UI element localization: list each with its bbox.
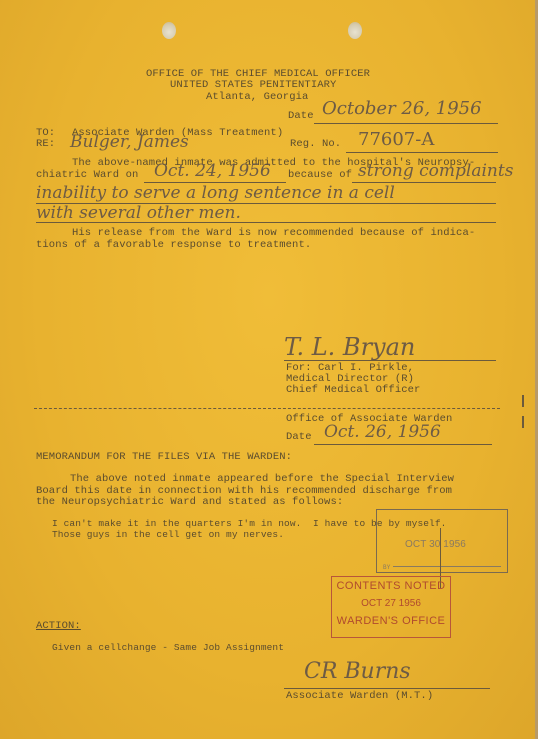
signature-bryan: T. L. Bryan: [284, 334, 415, 360]
received-stamp-by: BY: [383, 562, 390, 573]
date-value: October 26, 1956: [322, 100, 482, 118]
punch-hole-right: [348, 22, 362, 39]
action-value: Given a cellchange - Same Job Assignment: [52, 642, 284, 653]
signature2-title: Associate Warden (M.T.): [286, 691, 433, 702]
para2-line2: tions of a favorable response to treatme…: [36, 240, 311, 251]
action-label: ACTION:: [36, 621, 81, 632]
received-stamp: OCT 30 1956 BY: [376, 509, 508, 573]
edge-mark: [522, 416, 524, 428]
reg-underline: [346, 152, 498, 153]
warden-para-line1: The above noted inmate appeared before t…: [70, 474, 454, 485]
stamp-date: OCT 27 1956: [332, 598, 450, 609]
header-institution: UNITED STATES PENITENTIARY: [170, 80, 336, 91]
inmate-name: Bulger, James: [70, 133, 189, 151]
para1-line2b: because of: [288, 170, 352, 181]
section-divider: [34, 408, 500, 409]
signature-burns: CR Burns: [304, 660, 411, 684]
received-stamp-date: OCT 30 1956: [405, 539, 466, 550]
para1-line2a: chiatric Ward on: [36, 170, 138, 181]
warden-para-line3: the Neuropsychiatric Ward and stated as …: [36, 497, 343, 508]
para2-line1: His release from the Ward is now recomme…: [72, 228, 475, 239]
punch-hole-left: [162, 22, 176, 39]
stamp-wardens-office: WARDEN'S OFFICE: [332, 615, 450, 627]
reg-value: 77607-A: [358, 131, 434, 149]
memo-heading: MEMORANDUM FOR THE FILES VIA THE WARDEN:: [36, 452, 292, 463]
re-label: RE:: [36, 139, 55, 150]
signature2-line: [284, 688, 490, 689]
stamp-contents-noted: CONTENTS NOTED: [332, 580, 450, 592]
inmate-quote-line2: Those guys in the cell get on my nerves.: [52, 529, 284, 540]
date-underline: [314, 123, 498, 124]
edge-mark: [522, 395, 524, 407]
warden-date-underline: [314, 444, 492, 445]
reg-label: Reg. No.: [290, 139, 341, 150]
reason-line1: strong complaints: [358, 162, 513, 180]
reason-underline3: [36, 222, 496, 223]
document-page: OFFICE OF THE CHIEF MEDICAL OFFICER UNIT…: [0, 0, 538, 739]
warden-date-value: Oct. 26, 1956: [324, 423, 441, 441]
reason-line2: inability to serve a long sentence in a …: [36, 184, 395, 202]
contents-noted-stamp: CONTENTS NOTED OCT 27 1956 WARDEN'S OFFI…: [331, 576, 451, 638]
reason-line3: with several other men.: [36, 204, 241, 222]
signature1-line: [284, 360, 496, 361]
warden-date-label: Date: [286, 432, 312, 443]
date-label: Date: [288, 111, 314, 122]
header-location: Atlanta, Georgia: [206, 92, 308, 103]
signature1-line3: Chief Medical Officer: [286, 385, 420, 396]
received-stamp-by-line: [393, 566, 501, 567]
admit-date: Oct. 24, 1956: [154, 162, 271, 180]
